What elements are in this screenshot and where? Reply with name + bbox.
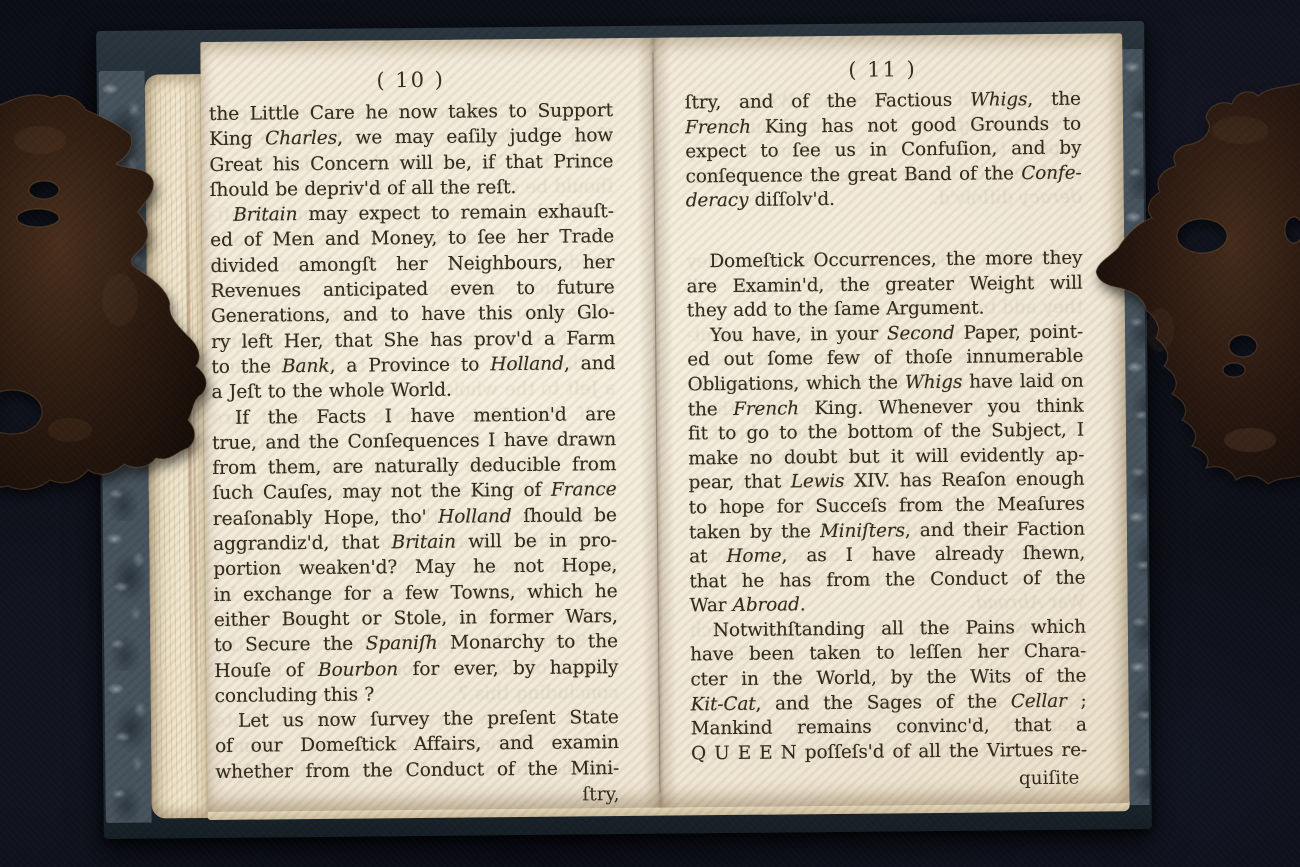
text-line: Revenues anticipated even to future	[211, 275, 615, 304]
text-line: at Home, as I have already ſhewn,	[689, 542, 1085, 570]
text-line: to hope for Succeſs from the Meaſures	[689, 492, 1085, 520]
book: ( 10 ) ( 11 ) the Little Care he now tak…	[96, 21, 1152, 839]
text-line: Kit-Cat, and the Sages of the Cellar ;	[691, 689, 1087, 717]
text-line: cter in the World, by the Wits of the	[690, 665, 1086, 693]
text-line: ſtry, and of the Factious Whigs, the	[685, 88, 1081, 116]
text-line: portion weaken'd? May he not Hope,	[213, 553, 617, 582]
text-line: French King has not good Grounds to	[685, 112, 1081, 140]
text-line: War Abroad.	[690, 591, 1086, 619]
text-line: Houſe of Bourbon for ever, by happily	[214, 655, 618, 684]
text-line: reaſonably Hope, tho' Holland ſhould be	[213, 503, 617, 532]
page-spread: ( 10 ) ( 11 ) the Little Care he now tak…	[200, 33, 1129, 812]
book-gutter	[636, 38, 677, 808]
catchword-right: quiſite	[691, 768, 1079, 793]
text-line: Let us now ſurvey the preſent State	[215, 705, 619, 734]
text-line: Britain may expect to remain exhauſt-	[210, 199, 614, 228]
text-line: ſuch Cauſes, may not the King of France	[212, 478, 616, 507]
text-line: either Bought or Stole, in former Wars,	[214, 604, 618, 633]
text-line: Generations, and to have this only Glo-	[211, 300, 615, 329]
text-line: from them, are naturally deducible from	[212, 452, 616, 481]
text-line: to the Bank, a Province to Holland, and	[211, 351, 615, 380]
text-line: make no doubt but it will evidently ap-	[688, 443, 1084, 471]
text-line: whether from the Conduct of the Mini-	[215, 756, 619, 785]
text-line: ed of Men and Money, to ſee her Trade	[210, 225, 614, 254]
text-line: divided amongſt her Neighbours, her	[210, 250, 614, 279]
page-fore-edge-stack	[145, 74, 210, 819]
text-line: in exchange for a few Towns, which he	[213, 579, 617, 608]
text-line: have been taken to leſſen her Chara-	[690, 640, 1086, 668]
text-line: that he has from the Conduct of the	[689, 566, 1085, 594]
text-line: Obligations, which the Whigs have laid o…	[687, 370, 1083, 398]
text-line: a Jeſt to the whole World.	[212, 376, 616, 405]
text-line: of our Domeſtick Affairs, and examin	[215, 730, 619, 759]
text-line: the French King. Whenever you think	[688, 394, 1084, 422]
text-line: Notwithſtanding all the Pains which	[690, 615, 1086, 643]
text-line: If the Facts I have mention'd are	[212, 402, 616, 431]
text-line: deracy diſſolv'd.	[686, 186, 1082, 214]
text-line: aggrandiz'd, that Britain will be in pro…	[213, 528, 617, 557]
catchword-left: ſtry,	[215, 784, 619, 809]
right-page-text: ſtry, and of the Factious Whigs, theFren…	[685, 88, 1087, 767]
text-line: Domeſtick Occurrences, the more they	[686, 247, 1082, 275]
text-line: concluding this ?	[214, 680, 618, 709]
text-line: expect to ſee us in Confuſion, and by	[685, 137, 1081, 165]
text-line: Mankind remains convinc'd, that a	[691, 714, 1087, 742]
text-line: King Charles, we may eaſily judge how	[209, 123, 613, 152]
text-line: to Secure the Spaniſh Monarchy to the	[214, 629, 618, 658]
text-line: taken by the Miniſters, and their Factio…	[689, 517, 1085, 545]
text-line: ry left Her, that She has prov'd a Farm	[211, 326, 615, 355]
page-number-left: ( 10 )	[209, 66, 613, 94]
left-page-text: the Little Care he now takes to SupportK…	[209, 98, 620, 785]
text-line: You have, in your Second Paper, point-	[687, 320, 1083, 348]
text-line: fit to go to the bottom of the Subject, …	[688, 419, 1084, 447]
text-line: are Examin'd, the greater Weight will	[687, 271, 1083, 299]
text-line: they add to the ſame Argument.	[687, 296, 1083, 324]
text-line: pear, that Lewis XIV. has Reaſon enough	[688, 468, 1084, 496]
text-line: ed out ſome few of thoſe innumerable	[687, 345, 1083, 373]
text-line: true, and the Conſequences I have drawn	[212, 427, 616, 456]
photo-of-open-book: ( 10 ) ( 11 ) the Little Care he now tak…	[0, 0, 1300, 867]
paragraph-gap	[686, 211, 1082, 251]
text-line: the Little Care he now takes to Support	[209, 98, 613, 127]
text-line: Great his Concern will be, if that Princ…	[209, 149, 613, 178]
text-line: conſequence the great Band of the Confe-	[685, 161, 1081, 189]
page-number-right: ( 11 )	[684, 56, 1080, 84]
marbled-cover-edge-left	[99, 71, 152, 823]
text-line: Q U E E N poſſeſs'd of all the Virtues r…	[691, 738, 1087, 766]
text-line: ſhould be depriv'd of all the reſt.	[210, 174, 614, 203]
